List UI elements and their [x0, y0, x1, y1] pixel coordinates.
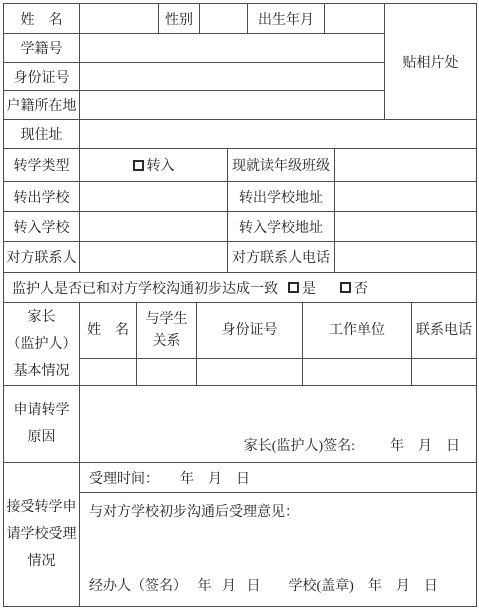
birth-label: 出生年月: [248, 4, 325, 33]
address-row: 现住址: [4, 120, 476, 149]
acceptance-section-label: 接受转学申 请学校受理 情况: [4, 463, 80, 606]
student-id-value-cell: [80, 34, 384, 62]
acceptance-content: 受理时间： 年 月 日 与对方学校初步沟通后受理意见： 经办人（签名） 年 月 …: [80, 463, 476, 606]
out-school-row: 转出学校 转出学校地址: [4, 182, 476, 212]
contact-phone-value-cell: [335, 242, 476, 272]
accept-time-row: 受理时间： 年 月 日: [80, 463, 476, 493]
gender-value-cell: [200, 4, 248, 33]
photo-area: 贴相片处: [385, 4, 476, 119]
guardian-section: 家长 （监护人） 基本情况 姓 名 与学生 关系 身份证号 工作单位 联系电话: [4, 303, 476, 386]
guardian-header-id-number: 身份证号: [197, 303, 303, 358]
agreement-row: 监护人是否已和对方学校沟通初步达成一致 是 否: [4, 273, 476, 303]
contact-row: 对方联系人 对方联系人电话: [4, 242, 476, 273]
acceptance-section: 接受转学申 请学校受理 情况 受理时间： 年 月 日 与对方学校初步沟通后受理意…: [4, 463, 476, 606]
guardian-relation-cell: [137, 359, 197, 385]
guardian-header-name: 姓 名: [80, 303, 137, 358]
parent-signature-line: 家长(监护人)签名: 年 月 日: [244, 435, 460, 455]
household-value-cell: [80, 91, 384, 119]
out-school-label: 转出学校: [4, 182, 80, 211]
guardian-data-row: [80, 359, 476, 385]
address-value-cell: [80, 120, 476, 148]
agreement-no-label: 否: [354, 278, 368, 298]
form-table: 姓 名 性别 出生年月 学籍号 身份证号 户籍所在地: [3, 3, 477, 607]
checkbox-yes-icon: [288, 282, 299, 293]
in-school-label: 转入学校: [4, 212, 80, 241]
id-number-value-cell: [80, 63, 384, 90]
opinion-cell: 与对方学校初步沟通后受理意见： 经办人（签名） 年 月 日 学校(盖章) 年 月…: [80, 493, 476, 606]
reason-content-cell: 家长(监护人)签名: 年 月 日: [80, 386, 476, 462]
identity-rows: 姓 名 性别 出生年月 学籍号 身份证号 户籍所在地: [4, 4, 385, 119]
guardian-table: 姓 名 与学生 关系 身份证号 工作单位 联系电话: [80, 303, 476, 385]
guardian-header-relation: 与学生 关系: [137, 303, 197, 358]
photo-area-label: 贴相片处: [403, 52, 459, 72]
guardian-name-cell: [80, 359, 137, 385]
student-id-row: 学籍号: [4, 34, 384, 63]
reason-section: 申请转学 原因 家长(监护人)签名: 年 月 日: [4, 386, 476, 463]
transfer-in-option-label: 转入: [147, 155, 175, 175]
agreement-yes-label: 是: [302, 278, 316, 298]
id-number-row: 身份证号: [4, 63, 384, 91]
student-id-label: 学籍号: [4, 34, 80, 62]
gender-label: 性别: [159, 4, 200, 33]
name-label: 姓 名: [4, 4, 80, 33]
agreement-cell: 监护人是否已和对方学校沟通初步达成一致 是 否: [4, 273, 476, 302]
guardian-id-number-cell: [197, 359, 303, 385]
household-row: 户籍所在地: [4, 91, 384, 119]
guardian-header-row: 姓 名 与学生 关系 身份证号 工作单位 联系电话: [80, 303, 476, 359]
guardian-header-work-unit: 工作单位: [303, 303, 412, 358]
contact-value-cell: [80, 242, 228, 272]
grade-value-cell: [335, 149, 476, 181]
agreement-question: 监护人是否已和对方学校沟通初步达成一致: [12, 278, 278, 298]
checkbox-transfer-in-icon: [133, 160, 144, 171]
id-number-label: 身份证号: [4, 63, 80, 90]
identity-section: 姓 名 性别 出生年月 学籍号 身份证号 户籍所在地: [4, 4, 476, 120]
birth-value-cell: [325, 4, 384, 33]
contact-label: 对方联系人: [4, 242, 80, 272]
guardian-section-label: 家长 （监护人） 基本情况: [4, 303, 80, 385]
transfer-type-label: 转学类型: [4, 149, 80, 181]
checkbox-no-icon: [340, 282, 351, 293]
in-school-value-cell: [80, 212, 228, 241]
address-label: 现住址: [4, 120, 80, 148]
transfer-type-row: 转学类型 转入 现就读年级班级: [4, 149, 476, 182]
name-gender-birth-row: 姓 名 性别 出生年月: [4, 4, 384, 34]
accept-time-line: 受理时间： 年 月 日: [89, 468, 250, 488]
out-school-addr-value-cell: [335, 182, 476, 211]
contact-phone-label: 对方联系人电话: [228, 242, 335, 272]
out-school-addr-label: 转出学校地址: [228, 182, 335, 211]
guardian-header-phone: 联系电话: [412, 303, 476, 358]
in-school-addr-label: 转入学校地址: [228, 212, 335, 241]
opinion-label: 与对方学校初步沟通后受理意见：: [89, 501, 299, 521]
household-label: 户籍所在地: [4, 91, 80, 119]
handler-signature-line: 经办人（签名） 年 月 日 学校(盖章) 年 月 日: [89, 575, 438, 595]
transfer-application-form: 姓 名 性别 出生年月 学籍号 身份证号 户籍所在地: [0, 0, 479, 610]
guardian-work-unit-cell: [303, 359, 412, 385]
in-school-addr-value-cell: [335, 212, 476, 241]
guardian-phone-cell: [412, 359, 476, 385]
out-school-value-cell: [80, 182, 228, 211]
name-value-cell: [80, 4, 159, 33]
grade-label: 现就读年级班级: [228, 149, 335, 181]
in-school-row: 转入学校 转入学校地址: [4, 212, 476, 242]
reason-section-label: 申请转学 原因: [4, 386, 80, 462]
transfer-type-option-cell: 转入: [80, 149, 228, 181]
